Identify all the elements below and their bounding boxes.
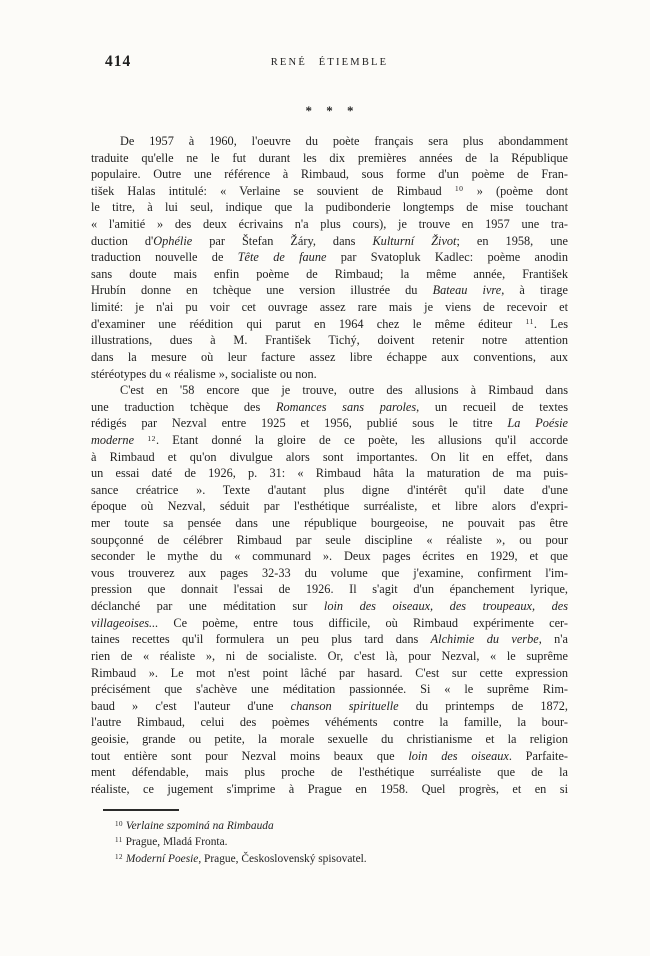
- text-run: ment défendable, mais plus proche de l'e…: [91, 765, 568, 779]
- text-run: Bateau ivre: [433, 283, 502, 297]
- text-run: d'examiner une réédition qui parut en 19…: [91, 317, 526, 331]
- text-run: dans la mesure où leur facture assez lib…: [91, 350, 568, 364]
- text-run: baud » c'est l'auteur d'une: [91, 699, 291, 713]
- text-run: rien de « réaliste », ni de socialiste. …: [91, 649, 568, 663]
- text-line: baud » c'est l'auteur d'une chanson spir…: [91, 698, 568, 715]
- text-line: sans doute mais enfin poème de Rimbaud; …: [91, 266, 568, 283]
- footnote-marker: 12: [115, 853, 123, 861]
- text-run: vous trouverez aux pages 32-33 du volume…: [91, 566, 568, 580]
- text-run: limité: je n'ai pu voir cet ouvrage asse…: [91, 300, 568, 314]
- text-run: geoisie, grande ou petite, la morale sex…: [91, 732, 568, 746]
- text-line: un essai daté de 1926, p. 31: « Rimbaud …: [91, 465, 568, 482]
- running-head: RENÉ ÉTIEMBLE: [91, 57, 568, 68]
- text-run: traduction nouvelle de: [91, 250, 238, 264]
- text-run: ; en 1958, une: [456, 234, 568, 248]
- text-run: le titre, à lui seul, indique que la pud…: [91, 200, 568, 214]
- text-line: duction d'Ophélie par Štefan Žáry, dans …: [91, 233, 568, 250]
- text-run: mer toute sa pensée dans une république …: [91, 516, 568, 530]
- text-run: Alchimie du verbe: [431, 632, 539, 646]
- text-run: La Poésie: [507, 416, 568, 430]
- footnote-marker: 11: [526, 317, 534, 326]
- text-line: l'autre Rimbaud, celui des poèmes véhéme…: [91, 714, 568, 731]
- text-run: « l'amitié » des deux écrivains n'a plus…: [91, 217, 568, 231]
- text-line: rien de « réaliste », ni de socialiste. …: [91, 648, 568, 665]
- text-run: populaire. Outre une référence à Rimbaud…: [91, 167, 568, 181]
- text-line: geoisie, grande ou petite, la morale sex…: [91, 731, 568, 748]
- paragraph: C'est en '58 encore que je trouve, outre…: [91, 382, 568, 797]
- text-line: pression que donnait l'essai de 1926. Il…: [91, 581, 568, 598]
- footnote: 10 Verlaine szpominá na Rimbauda: [91, 819, 568, 835]
- text-run: . Parfaite-: [509, 749, 568, 763]
- text-line: ment défendable, mais plus proche de l'e…: [91, 764, 568, 781]
- text-line: illustrations, dues à M. František Tichý…: [91, 332, 568, 349]
- text-run: tout entière sont pour Nezval moins beau…: [91, 749, 408, 763]
- text-run: duction d': [91, 234, 153, 248]
- text-run: Ophélie: [153, 234, 192, 248]
- text-run: Moderní Poesie: [126, 853, 198, 865]
- text-line: stéréotypes du « réalisme », socialiste …: [91, 366, 568, 383]
- text-run: par Štefan Žáry, dans: [192, 234, 372, 248]
- text-run: sans doute mais enfin poème de Rimbaud; …: [91, 267, 568, 281]
- text-line: Rimbaud ». Le mot n'est point lâché par …: [91, 665, 568, 682]
- footnote-marker: 11: [115, 836, 123, 844]
- text-line: rédigés par Nezval entre 1925 et 1956, p…: [91, 415, 568, 432]
- text-run: Kulturní Život: [372, 234, 456, 248]
- text-line: De 1957 à 1960, l'oeuvre du poète frança…: [91, 133, 568, 150]
- text-run: moderne: [91, 433, 134, 447]
- text-run: » (poème dont: [463, 184, 568, 198]
- text-line: tout entière sont pour Nezval moins beau…: [91, 748, 568, 765]
- text-run: , Prague, Československý spisovatel.: [198, 853, 366, 865]
- text-run: stéréotypes du « réalisme », socialiste …: [91, 367, 317, 381]
- text-run: du printemps de 1872,: [399, 699, 568, 713]
- text-run: époque où Nezval, séduit par l'esthétiqu…: [91, 499, 568, 513]
- footnote-rule: [103, 809, 179, 811]
- text-run: Verlaine szpominá na Rimbauda: [126, 820, 274, 832]
- footnote-marker: 10: [455, 184, 464, 193]
- footnote-marker: 10: [115, 820, 123, 828]
- text-run: Tête de faune: [238, 250, 327, 264]
- text-run: réaliste, ce jugement s'imprime à Prague…: [91, 782, 568, 796]
- text-run: soupçonné de célébrer Rimbaud par seule …: [91, 533, 568, 547]
- text-run: Romances sans paroles: [276, 400, 416, 414]
- text-run: Rimbaud ». Le mot n'est point lâché par …: [91, 666, 568, 680]
- text-line: populaire. Outre une référence à Rimbaud…: [91, 166, 568, 183]
- text-run: à Rimbaud et qu'on divulgue alors sont i…: [91, 450, 568, 464]
- text-line: précisément que s'achève une méditation …: [91, 681, 568, 698]
- text-run: C'est en '58 encore que je trouve, outre…: [120, 383, 568, 397]
- text-line: traduction nouvelle de Tête de faune par…: [91, 249, 568, 266]
- text-line: Hrubín donne en tchèque une version illu…: [91, 282, 568, 299]
- section-separator: * * *: [91, 103, 568, 119]
- text-run: l'autre Rimbaud, celui des poèmes véhéme…: [91, 715, 568, 729]
- text-line: mer toute sa pensée dans une république …: [91, 515, 568, 532]
- text-line: d'examiner une réédition qui parut en 19…: [91, 316, 568, 333]
- text-run: Prague, Mladá Fronta.: [123, 836, 228, 848]
- text-run: une traduction tchèque des: [91, 400, 276, 414]
- text-run: . Etant donné la gloire de ce poète, les…: [156, 433, 568, 447]
- text-line: réaliste, ce jugement s'imprime à Prague…: [91, 781, 568, 798]
- text-run: loin des oiseaux, des troupeaux, des: [324, 599, 568, 613]
- text-run: Hrubín donne en tchèque une version illu…: [91, 283, 433, 297]
- text-run: traduite qu'elle ne le fut durant les di…: [91, 151, 568, 165]
- text-line: époque où Nezval, séduit par l'esthétiqu…: [91, 498, 568, 515]
- text-run: un essai daté de 1926, p. 31: « Rimbaud …: [91, 466, 568, 480]
- text-run: seconder le mythe du « communard ». Deux…: [91, 549, 568, 563]
- text-run: loin des oiseaux: [408, 749, 509, 763]
- text-run: [134, 433, 147, 447]
- text-line: déclanché par une méditation sur loin de…: [91, 598, 568, 615]
- text-run: , à tirage: [501, 283, 568, 297]
- text-line: à Rimbaud et qu'on divulgue alors sont i…: [91, 449, 568, 466]
- text-line: villageoises... Ce poème, entre tous dif…: [91, 615, 568, 632]
- text-line: C'est en '58 encore que je trouve, outre…: [91, 382, 568, 399]
- text-line: vous trouverez aux pages 32-33 du volume…: [91, 565, 568, 582]
- paragraph: De 1957 à 1960, l'oeuvre du poète frança…: [91, 133, 568, 382]
- text-run: précisément que s'achève une méditation …: [91, 682, 568, 696]
- text-run: déclanché par une méditation sur: [91, 599, 324, 613]
- text-run: rédigés par Nezval entre 1925 et 1956, p…: [91, 416, 507, 430]
- text-line: « l'amitié » des deux écrivains n'a plus…: [91, 216, 568, 233]
- footnote: 11 Prague, Mladá Fronta.: [91, 835, 568, 851]
- text-line: dans la mesure où leur facture assez lib…: [91, 349, 568, 366]
- text-line: soupçonné de célébrer Rimbaud par seule …: [91, 532, 568, 549]
- text-line: taines recettes qu'il formulera un peu p…: [91, 631, 568, 648]
- text-run: sance créatrice ». Texte d'autant plus d…: [91, 483, 568, 497]
- text-run: pression que donnait l'essai de 1926. Il…: [91, 582, 568, 596]
- text-run: . Les: [534, 317, 568, 331]
- text-run: par Svatopluk Kadlec: poème anodin: [326, 250, 568, 264]
- text-run: Ce poème, entre tous difficile, où Rimba…: [158, 616, 568, 630]
- page-header: 414 RENÉ ÉTIEMBLE: [91, 53, 568, 73]
- footnote-marker: 12: [147, 434, 156, 443]
- text-run: taines recettes qu'il formulera un peu p…: [91, 632, 431, 646]
- text-run: , un recueil de textes: [416, 400, 568, 414]
- text-line: une traduction tchèque des Romances sans…: [91, 399, 568, 416]
- text-line: traduite qu'elle ne le fut durant les di…: [91, 150, 568, 167]
- text-line: sance créatrice ». Texte d'autant plus d…: [91, 482, 568, 499]
- text-run: tišek Halas intitulé: « Verlaine se souv…: [91, 184, 455, 198]
- text-line: limité: je n'ai pu voir cet ouvrage asse…: [91, 299, 568, 316]
- text-line: le titre, à lui seul, indique que la pud…: [91, 199, 568, 216]
- text-run: chanson spirituelle: [291, 699, 399, 713]
- book-page: 414 RENÉ ÉTIEMBLE * * * De 1957 à 1960, …: [0, 0, 650, 956]
- text-run: , n'a: [539, 632, 568, 646]
- footnotes: 10 Verlaine szpominá na Rimbauda11 Pragu…: [91, 819, 568, 868]
- text-line: moderne 12. Etant donné la gloire de ce …: [91, 432, 568, 449]
- text-line: tišek Halas intitulé: « Verlaine se souv…: [91, 183, 568, 200]
- article-body: De 1957 à 1960, l'oeuvre du poète frança…: [91, 133, 568, 797]
- footnote: 12 Moderní Poesie, Prague, Československ…: [91, 852, 568, 868]
- text-line: seconder le mythe du « communard ». Deux…: [91, 548, 568, 565]
- text-run: villageoises...: [91, 616, 158, 630]
- text-run: illustrations, dues à M. František Tichý…: [91, 333, 568, 347]
- text-run: De 1957 à 1960, l'oeuvre du poète frança…: [120, 134, 568, 148]
